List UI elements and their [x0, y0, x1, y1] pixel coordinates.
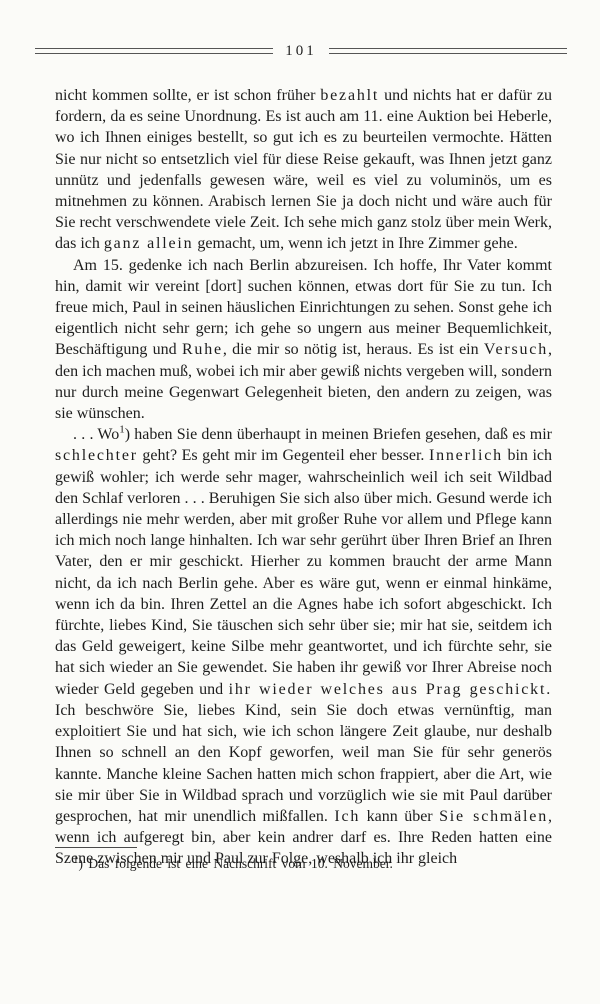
text-run: bin ich gewiß wohler; ich werde sehr mag… [55, 447, 552, 697]
header-rule-left [35, 48, 273, 54]
emphasized-text: bezahlt [320, 87, 379, 104]
emphasized-text: ihr wieder welches aus Prag geschickt. [229, 681, 552, 698]
emphasized-text: ganz allein [104, 235, 194, 252]
emphasized-text: Sie schmälen [439, 808, 548, 825]
paragraph: nicht kommen sollte, er ist schon früher… [55, 85, 552, 255]
emphasized-text: Innerlich [429, 447, 503, 464]
text-run: ) Das folgende ist eine Nachschrift vom … [79, 856, 393, 871]
emphasized-text: Versuch [484, 341, 548, 358]
footnote: 1) Das folgende ist eine Nachschrift vom… [55, 855, 552, 872]
text-run: gemacht, um, wenn ich jetzt in Ihre Zimm… [193, 235, 517, 252]
text-run: . . . Wo [73, 426, 119, 443]
paragraph: . . . Wo1) haben Sie denn überhaupt in m… [55, 424, 552, 869]
header-rule-right [329, 48, 567, 54]
text-run: Ich beschwöre Sie, liebes Kind, sein Sie… [55, 702, 552, 825]
page-body: nicht kommen sollte, er ist schon früher… [55, 85, 552, 870]
footnote-rule [55, 847, 137, 848]
book-page: 101 nicht kommen sollte, er ist schon fr… [0, 0, 600, 1004]
text-run: und nichts hat er dafür zu fordern, da e… [55, 87, 552, 252]
emphasized-text: Ich [334, 808, 360, 825]
page-number: 101 [285, 44, 317, 58]
emphasized-text: schlechter [55, 447, 138, 464]
paragraph: Am 15. gedenke ich nach Berlin abzureise… [55, 255, 552, 425]
text-run: ) haben Sie denn überhaupt in meinen Bri… [125, 426, 552, 443]
text-run: nicht kommen sollte, er ist schon früher [55, 87, 320, 104]
page-header: 101 [35, 44, 567, 58]
emphasized-text: Ruhe [182, 341, 223, 358]
text-run: kann über [360, 808, 439, 825]
text-run: , die mir so nötig ist, heraus. Es ist e… [223, 341, 484, 358]
text-run: geht? Es geht mir im Gegenteil eher bess… [138, 447, 429, 464]
